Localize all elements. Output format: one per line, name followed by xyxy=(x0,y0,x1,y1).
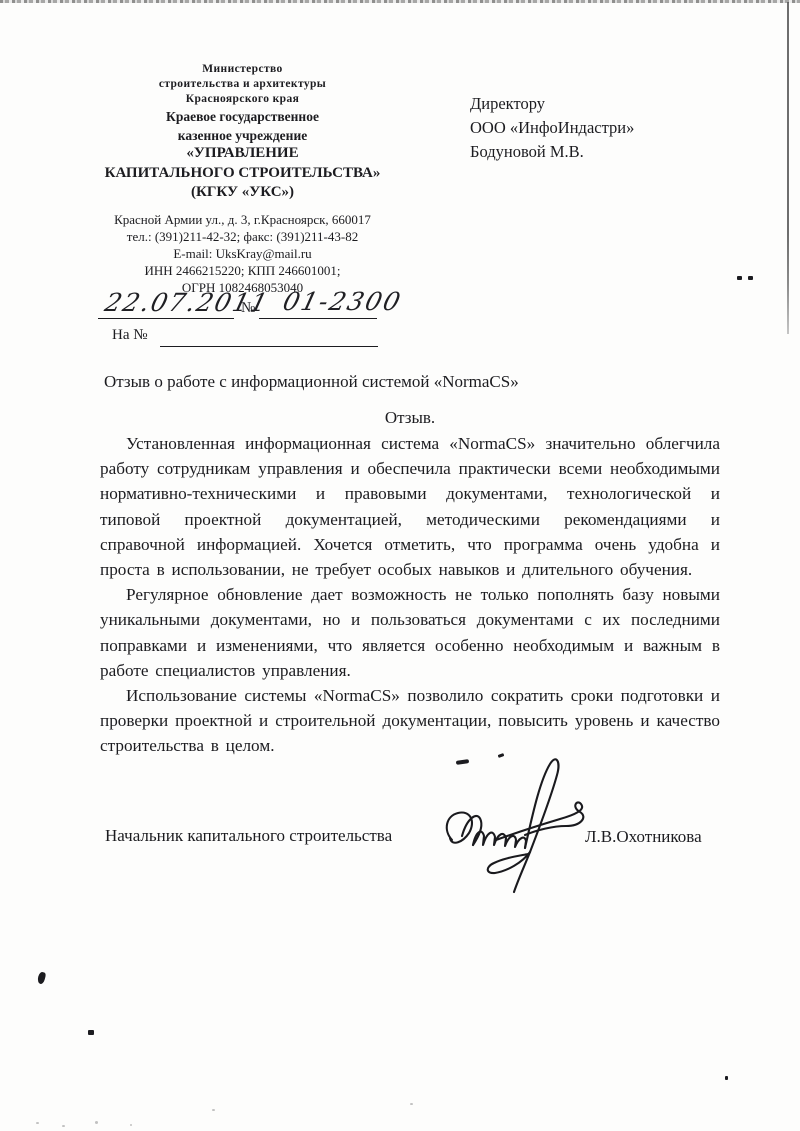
scan-speck xyxy=(212,1109,215,1111)
reply-number-underline xyxy=(160,346,378,347)
scan-speck xyxy=(36,1122,39,1124)
letterhead-ministry-line: Красноярского края xyxy=(55,92,430,107)
letterhead-org-line: Краевое государственное xyxy=(55,108,430,126)
letterhead-org-line: казенное учреждение xyxy=(55,127,430,145)
letterhead-phone-fax: тел.: (391)211-42-32; факс: (391)211-43-… xyxy=(55,228,430,245)
number-label: № xyxy=(241,300,255,317)
reply-to-label: На № xyxy=(112,327,148,344)
addressee-line: Директору xyxy=(470,92,634,116)
scan-speck xyxy=(62,1125,65,1127)
addressee-line: ООО «ИнфоИндастри» xyxy=(470,116,634,140)
letterhead-ministry-line: Министерство xyxy=(55,62,430,77)
subject-line: Отзыв о работе с информационной системой… xyxy=(104,372,519,392)
letterhead-inn-kpp: ИНН 2466215220; КПП 246601001; xyxy=(55,262,430,279)
addressee-block: Директору ООО «ИнфоИндастри» Бодуновой М… xyxy=(470,92,634,164)
scan-speck xyxy=(95,1121,98,1124)
scan-speck xyxy=(410,1103,413,1105)
letterhead-org-caps-line: (КГКУ «УКС») xyxy=(55,183,430,203)
number-underline xyxy=(259,318,377,319)
letterhead-street-address: Красной Армии ул., д. 3, г.Красноярск, 6… xyxy=(55,211,430,228)
scan-speck xyxy=(737,276,742,280)
scan-noise-right-edge xyxy=(787,2,789,334)
letterhead-email: E-mail: UksKray@mail.ru xyxy=(55,245,430,262)
scan-speck xyxy=(88,1030,94,1035)
scan-speck xyxy=(37,971,47,984)
letterhead-org-caps-line: «УПРАВЛЕНИЕ xyxy=(55,144,430,164)
scanned-letter-page: { "colors": { "ink": "#1c1c20", "paper":… xyxy=(0,0,800,1131)
scan-speck xyxy=(725,1076,728,1080)
handwritten-signature xyxy=(438,754,603,894)
handwritten-number: 01-2300 xyxy=(280,287,405,316)
review-title: Отзыв. xyxy=(100,408,720,428)
addressee-line: Бодуновой М.В. xyxy=(470,140,634,164)
letterhead: Министерство строительства и архитектуры… xyxy=(55,62,430,296)
body-paragraph: Использование системы «NormaCS» позволил… xyxy=(100,683,720,759)
body-paragraph: Регулярное обновление дает возможность н… xyxy=(100,582,720,683)
letterhead-ministry-line: строительства и архитектуры xyxy=(55,77,430,92)
scan-noise-top-edge xyxy=(0,0,800,3)
signer-position-title: Начальник капитального строительства xyxy=(105,826,392,846)
scan-speck xyxy=(748,276,753,280)
letterhead-org-caps-line: КАПИТАЛЬНОГО СТРОИТЕЛЬСТВА» xyxy=(55,164,430,184)
letter-body: Установленная информационная система «No… xyxy=(100,431,720,759)
scan-speck xyxy=(130,1124,132,1126)
body-paragraph: Установленная информационная система «No… xyxy=(100,431,720,582)
date-underline xyxy=(98,318,234,319)
